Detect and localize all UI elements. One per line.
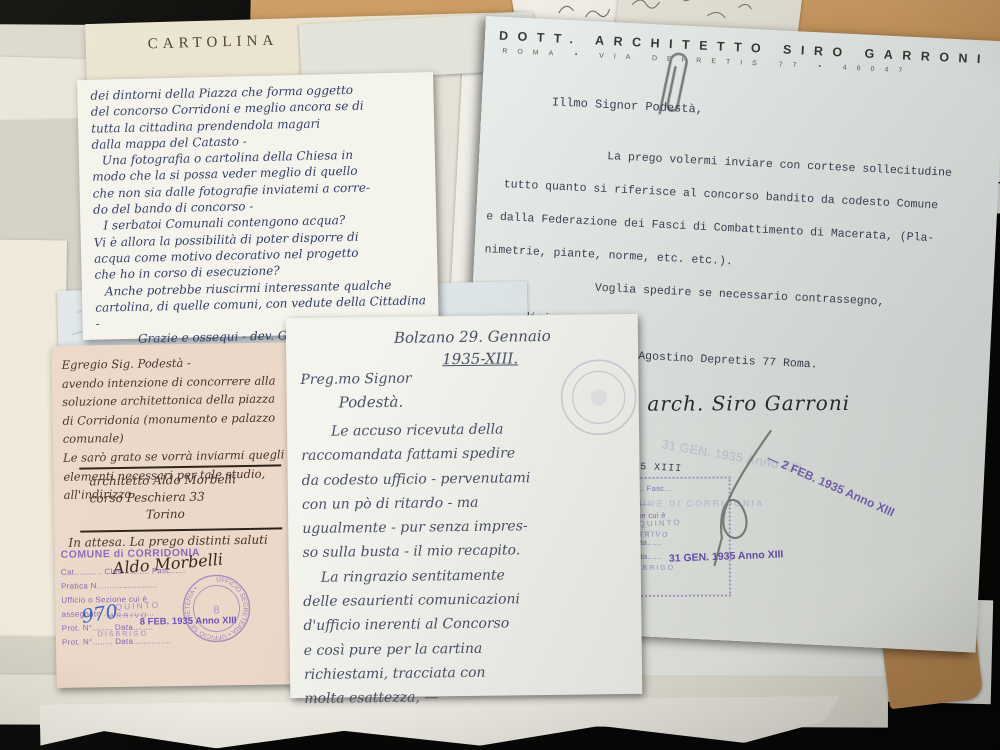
letter-salutation: Preg.mo Signor [300,371,411,388]
letter-salutation: Podestà. [339,393,404,412]
text-line: di Corridonia (monumento e palazzo comun… [62,408,303,449]
archive-photo: CARTOLINA DOTT. ARCHITETTO SIRO GARRONI … [0,0,1000,750]
dateline-year: 1935-XIII. [442,349,518,368]
text-line: Cat........... Clas........... Fasc.....… [61,564,186,580]
dateline: Bolzano 29. Gennaio [394,327,551,347]
faint-round-stamp [558,354,639,441]
round-stamp-center: 8 [213,604,219,616]
stamp-assigned-to: QUINTO [639,518,682,529]
stamp-disbrigo: DISBRIGO [98,631,148,639]
round-stamp: UFFICIO SEGRETERIA • UFFICIO SEGRETERIA … [179,571,254,646]
stamp-office: COMUNE di CORRIDONIA [61,547,201,561]
text-line: molta esattezza, — [304,683,636,711]
letter-body: dei dintorni della Piazza che forma ogge… [90,80,434,348]
text-line: Torino [90,504,282,524]
address-block: architetto Aldo Morbellicorso Peschiera … [79,464,282,532]
garroni-signature: arch. Siro Garroni [647,391,850,416]
cartolina-title: CARTOLINA [148,33,279,54]
bolzano-letter: Bolzano 29. Gennaio 1935-XIII. Preg.mo S… [286,314,643,698]
gabrielli-card: dei dintorni della Piazza che forma ogge… [77,72,439,340]
morbelli-card: Egregio Sig. Podestà -avendo intenzione … [51,342,310,688]
letter-body: Le accuso ricevuta dellaraccomandata fat… [301,416,637,712]
